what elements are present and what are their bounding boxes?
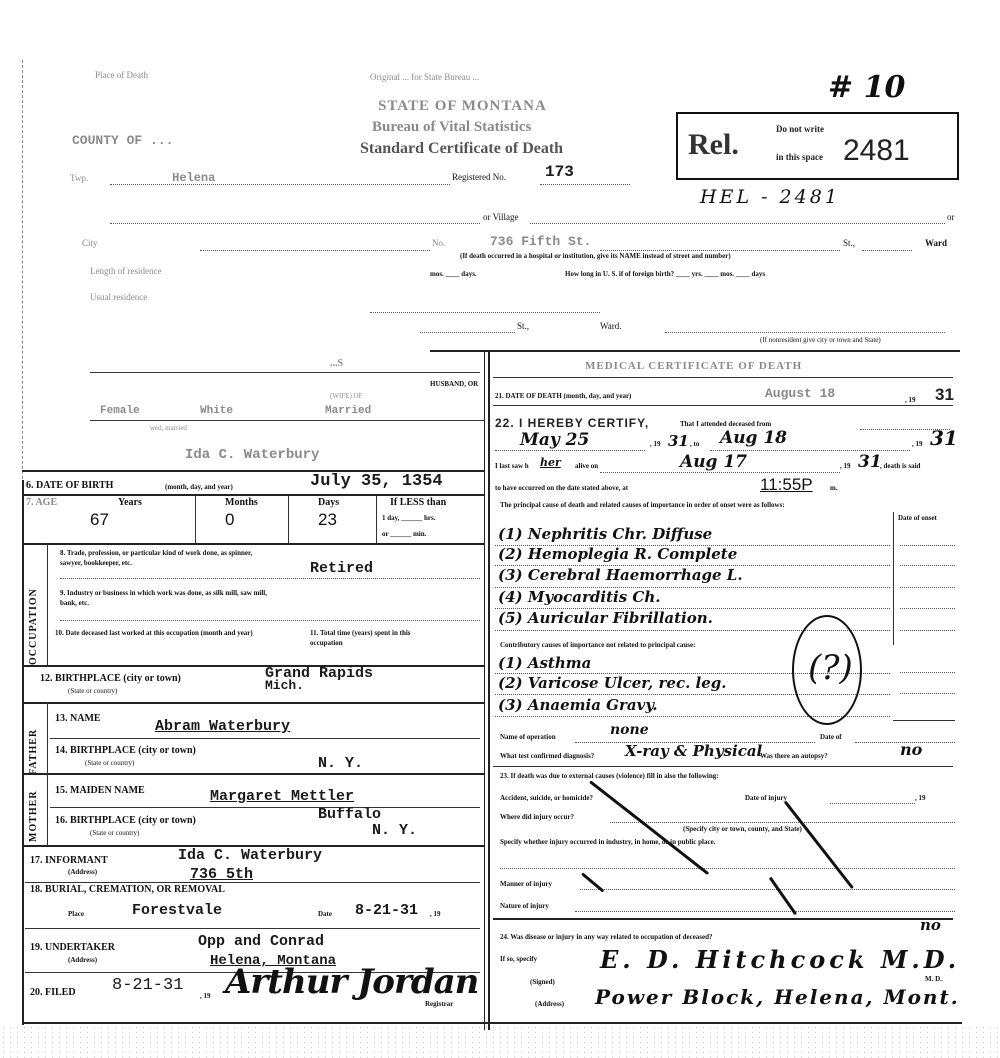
usual-residence-dotted <box>370 312 600 313</box>
age-divider-2 <box>288 496 289 544</box>
contributory-3: (3) Anaemia Gravy. <box>498 696 658 714</box>
onset-3-dotted <box>900 587 955 588</box>
register-number: 2481 <box>843 134 910 168</box>
time-suffix: m. <box>830 484 838 492</box>
q19-label: 19. UNDERTAKER <box>30 942 115 953</box>
last-saw-pronoun: her <box>540 456 561 469</box>
q21-label: 21. DATE OF DEATH (month, day, and year) <box>495 392 631 400</box>
q18-year-suffix: , 19 <box>430 910 441 918</box>
address-label: (Address) <box>535 1000 564 1008</box>
street-value: 736 Fifth St. <box>490 234 591 249</box>
manner-dotted <box>580 889 955 890</box>
age-header-months: Months <box>225 497 258 508</box>
q19-sub: (Address) <box>68 956 97 964</box>
last-saw-year: 31 <box>858 452 882 472</box>
date-of-onset-label: Date of onset <box>898 514 937 522</box>
spouse-note-1: HUSBAND, OR <box>430 380 478 388</box>
occupation-rule <box>22 665 485 667</box>
nature-dotted <box>575 911 955 912</box>
less-than-day: 1 day, ______ hrs. <box>382 514 435 522</box>
last-saw-date: Aug 17 <box>680 452 747 472</box>
physician-address: Power Block, Helena, Mont. <box>595 985 960 1009</box>
strike-slash-4 <box>769 877 797 916</box>
contributory-1: (1) Asthma <box>498 654 591 672</box>
last-saw-label: I last saw h <box>495 462 529 470</box>
ward-label: Ward <box>925 238 947 248</box>
age-divider-3 <box>376 496 377 544</box>
spouse-label: wed, married <box>150 424 187 432</box>
q24-rule <box>493 918 953 920</box>
medical-section-title: MEDICAL CERTIFICATE OF DEATH <box>585 360 802 372</box>
medical-rule-1 <box>493 377 953 378</box>
form-note: Original ... for State Bureau ... <box>370 72 479 82</box>
q18-label: 18. BURIAL, CREMATION, OR REMOVAL <box>30 884 225 895</box>
dob-hint: (month, day, and year) <box>165 483 233 491</box>
q17-label: 17. INFORMANT <box>30 855 108 866</box>
onset-bottom-rule <box>893 720 955 721</box>
q8-dotted <box>60 578 480 579</box>
left-frame <box>22 480 24 1025</box>
q18-place: Forestvale <box>132 902 222 919</box>
nonresident-note: (If nonresident give city or town and St… <box>760 336 881 344</box>
q15-value: Margaret Mettler <box>210 788 354 805</box>
manner-label: Manner of injury <box>500 880 552 888</box>
operation-value: none <box>610 722 649 738</box>
q16-label: 16. BIRTHPLACE (city or town) <box>55 815 196 826</box>
q15-label: 15. MAIDEN NAME <box>55 785 145 796</box>
physician-signature: E. D. Hitchcock M.D. <box>600 945 960 974</box>
autopsy-label: Was there an autopsy? <box>760 752 828 760</box>
handwritten-reference: HEL - 2481 <box>700 186 840 208</box>
father-section-label: FATHER <box>28 715 39 775</box>
q8-label: 8. Trade, profession, or particular kind… <box>60 548 270 568</box>
age-months-value: 0 <box>225 510 234 530</box>
village-dotted <box>530 223 945 224</box>
residence-length-label: Length of residence <box>90 266 161 276</box>
county-value: Helena <box>172 171 215 185</box>
contributory-2: (2) Varicose Ulcer, rec. leg. <box>498 674 726 692</box>
where-dotted <box>610 822 955 823</box>
q18-place-label: Place <box>68 910 84 918</box>
q21-year: 31 <box>935 385 954 405</box>
column-divider-double <box>484 350 485 1030</box>
township-dotted <box>110 223 480 224</box>
date-of-label: Date of <box>820 733 842 741</box>
registered-dotted-line <box>540 184 630 185</box>
md-suffix: M. D. <box>925 975 942 983</box>
mother-side-rule <box>47 773 48 846</box>
cause-1: (1) Nephritis Chr. Diffuse <box>498 525 712 543</box>
specify-label: Specify whether injury occurred in indus… <box>500 838 715 846</box>
onset-c1-dotted <box>900 672 955 673</box>
from-year-prefix: , 19 <box>650 440 661 448</box>
q12-rule <box>22 702 485 704</box>
onset-4-dotted <box>900 608 955 609</box>
q24-label: 24. Was disease or injury in any way rel… <box>500 933 713 941</box>
age-header-years: Years <box>118 497 142 508</box>
race-value: White <box>200 405 233 417</box>
q13-label: 13. NAME <box>55 713 101 724</box>
q18-date-label: Date <box>318 910 332 918</box>
from-year: 31 <box>668 432 689 450</box>
onset-divider <box>893 512 894 645</box>
q8-value: Retired <box>310 560 373 577</box>
onset-5-dotted <box>900 630 955 631</box>
q19-value: Opp and Conrad <box>198 933 324 950</box>
q24-value: no <box>920 916 941 934</box>
operation-label: Name of operation <box>500 733 556 741</box>
ward-dotted <box>862 250 912 251</box>
residence-city-dotted <box>665 332 945 333</box>
q18-rule <box>25 928 480 929</box>
q23-label: 23. If death was due to external causes … <box>500 772 719 780</box>
registrar-signature: Arthur Jordan <box>225 962 478 1002</box>
section-top-rule <box>430 350 960 352</box>
injury-date-dotted <box>830 803 915 804</box>
q22-text: That I attended deceased from <box>680 420 771 428</box>
death-said-label: , death is said <box>880 462 920 470</box>
column-divider <box>488 350 490 1030</box>
cause-2: (2) Hemoplegia R. Complete <box>498 545 737 563</box>
q21-rule <box>493 405 953 406</box>
alive-on-label: alive on <box>575 462 598 470</box>
registrar-label: Registrar <box>425 1000 453 1008</box>
operation-rule <box>493 766 953 767</box>
strike-slash-2 <box>784 801 854 890</box>
to-dotted <box>710 450 910 451</box>
annotation-number: # 10 <box>828 70 905 105</box>
q17-rule <box>25 882 480 883</box>
cause-3: (3) Cerebral Haemorrhage L. <box>498 566 743 584</box>
father-side-rule <box>47 702 48 778</box>
age-days-value: 23 <box>318 510 337 530</box>
occupation-side-rule <box>47 543 48 665</box>
last-saw-dotted <box>600 472 840 473</box>
accident-label: Accident, suicide, or homicide? <box>500 794 593 802</box>
q17-sub: (Address) <box>68 868 97 876</box>
register-prefix: Rel. <box>688 128 739 162</box>
bottom-frame <box>22 1022 962 1024</box>
institution-note: (If death occurred in a hospital or inst… <box>460 252 731 260</box>
father-rule <box>22 773 485 775</box>
where-note: (Specify city or town, county, and State… <box>683 825 802 833</box>
cause-5: (5) Auricular Fibrillation. <box>498 609 713 627</box>
q21-value: August 18 <box>765 386 835 401</box>
county-dotted-line <box>110 184 450 185</box>
injury-date-label: Date of injury <box>745 794 787 802</box>
autopsy-value: no <box>900 740 922 759</box>
onset-1-dotted <box>900 545 955 546</box>
q16-sub: (State or country) <box>90 829 139 837</box>
time-of-death: 11:55P <box>760 475 813 495</box>
foreign-birth-label: How long in U. S. if of foreign birth? _… <box>565 270 765 278</box>
age-rule <box>22 543 485 545</box>
q12-state: Mich. <box>265 678 304 693</box>
onset-c2-dotted <box>900 693 955 694</box>
if-so-specify-label: If so, specify <box>500 955 537 963</box>
spouse-note-2: (WIFE) OF <box>330 392 362 400</box>
test-label: What test confirmed diagnosis? <box>500 752 594 760</box>
st-label: St., <box>843 238 855 248</box>
usual-residence-label: Usual residence <box>90 292 147 302</box>
q12-label: 12. BIRTHPLACE (city or town) <box>40 673 181 684</box>
dob-rule <box>22 494 485 496</box>
test-value: X-ray & Physical <box>625 742 762 760</box>
to-year: 31 <box>930 426 958 450</box>
scan-noise <box>0 1025 1000 1058</box>
to-label: , to <box>690 440 699 448</box>
bureau-title: Bureau of Vital Statistics <box>372 119 531 136</box>
q13-rule <box>50 738 480 739</box>
city-label: City <box>82 238 98 248</box>
or-village-label: or Village <box>483 212 519 222</box>
age-years-value: 67 <box>90 510 109 530</box>
q15-rule <box>50 807 480 808</box>
certificate-title: Standard Certificate of Death <box>360 140 563 158</box>
q13-value: Abram Waterbury <box>155 718 290 735</box>
registered-label: Registered No. <box>452 172 506 182</box>
q17-value: Ida C. Waterbury <box>178 847 322 864</box>
residence-ward-label: Ward. <box>600 321 622 331</box>
or-label: or <box>947 212 955 222</box>
no-label: No. <box>432 238 445 248</box>
q10-label: 10. Date deceased last worked at this oc… <box>55 628 270 638</box>
cause-intro: The principal cause of death and related… <box>500 500 960 510</box>
dob-label: 6. DATE OF BIRTH <box>26 480 113 491</box>
where-label: Where did injury occur? <box>500 813 574 821</box>
contributory-label: Contributory causes of importance not re… <box>500 641 695 649</box>
age-divider-1 <box>195 496 196 544</box>
signed-label: (Signed) <box>530 978 555 986</box>
q20-label: 20. FILED <box>30 987 76 998</box>
spouse-value: Ida C. Waterbury <box>185 447 319 463</box>
q12-sub: (State or country) <box>68 687 117 695</box>
q16-state: N. Y. <box>372 822 417 839</box>
injury-year: , 19 <box>915 794 926 802</box>
age-label: 7. AGE <box>26 497 57 508</box>
onset-2-dotted <box>900 565 955 566</box>
q18-date: 8-21-31 <box>355 902 418 919</box>
form-top-note-left: Place of Death <box>95 70 148 80</box>
q11-label: 11. Total time (years) spent in this occ… <box>310 628 440 648</box>
sex-value: Female <box>100 405 140 417</box>
q14-sub: (State or country) <box>85 759 134 767</box>
age-header-days: Days <box>318 497 339 508</box>
occurred-label: to have occurred on the date stated abov… <box>495 484 628 492</box>
last-saw-year-prefix: , 19 <box>840 462 851 470</box>
occupation-section-label: OCCUPATION <box>28 555 39 665</box>
in-this-space-label: in this space <box>776 152 823 162</box>
q21-year-prefix: , 19 <box>905 396 916 404</box>
office-use-box: Rel. Do not write in this space 2481 <box>676 112 959 180</box>
q16-city: Buffalo <box>318 806 381 823</box>
q9-label: 9. Industry or business in which work wa… <box>60 588 270 608</box>
personal-rule-1 <box>90 372 480 373</box>
to-year-prefix: , 19 <box>912 440 923 448</box>
q22-label: 22. I HEREBY CERTIFY, <box>495 416 649 430</box>
personal-rule-2 <box>90 420 485 421</box>
state-title: STATE OF MONTANA <box>378 98 547 115</box>
residence-street-dotted <box>420 332 515 333</box>
specify-dotted <box>500 868 955 869</box>
q20-year-suffix: , 19 <box>200 992 211 1000</box>
dob-value: July 35, 1354 <box>310 472 443 491</box>
registered-number: 173 <box>545 163 574 181</box>
cause-4: (4) Myocarditis Ch. <box>498 588 660 606</box>
from-dotted <box>495 450 645 451</box>
less-than-min: or ______ min. <box>382 530 426 538</box>
do-not-write-label: Do not write <box>776 124 824 134</box>
circled-note: (?) <box>808 648 853 688</box>
q9-dotted <box>60 620 480 621</box>
attended-to: Aug 18 <box>720 428 787 448</box>
street-dotted <box>600 250 840 251</box>
q20-value: 8-21-31 <box>112 976 183 995</box>
personal-section-title: ...S <box>330 358 343 369</box>
marital-value: Married <box>325 405 371 417</box>
q14-label: 14. BIRTHPLACE (city or town) <box>55 745 196 756</box>
attended-from: May 25 <box>520 430 589 450</box>
city-dotted <box>200 250 430 251</box>
residence-length-units: mos. ____ days. <box>430 270 477 278</box>
residence-st-label: St., <box>517 321 529 331</box>
q17-address: 736 5th <box>190 866 253 883</box>
nature-label: Nature of injury <box>500 902 549 910</box>
age-header-less-than: If LESS than <box>390 497 446 508</box>
q14-value: N. Y. <box>318 755 363 772</box>
mother-section-label: MOTHER <box>28 782 39 842</box>
county-label: COUNTY OF ... <box>72 133 173 148</box>
